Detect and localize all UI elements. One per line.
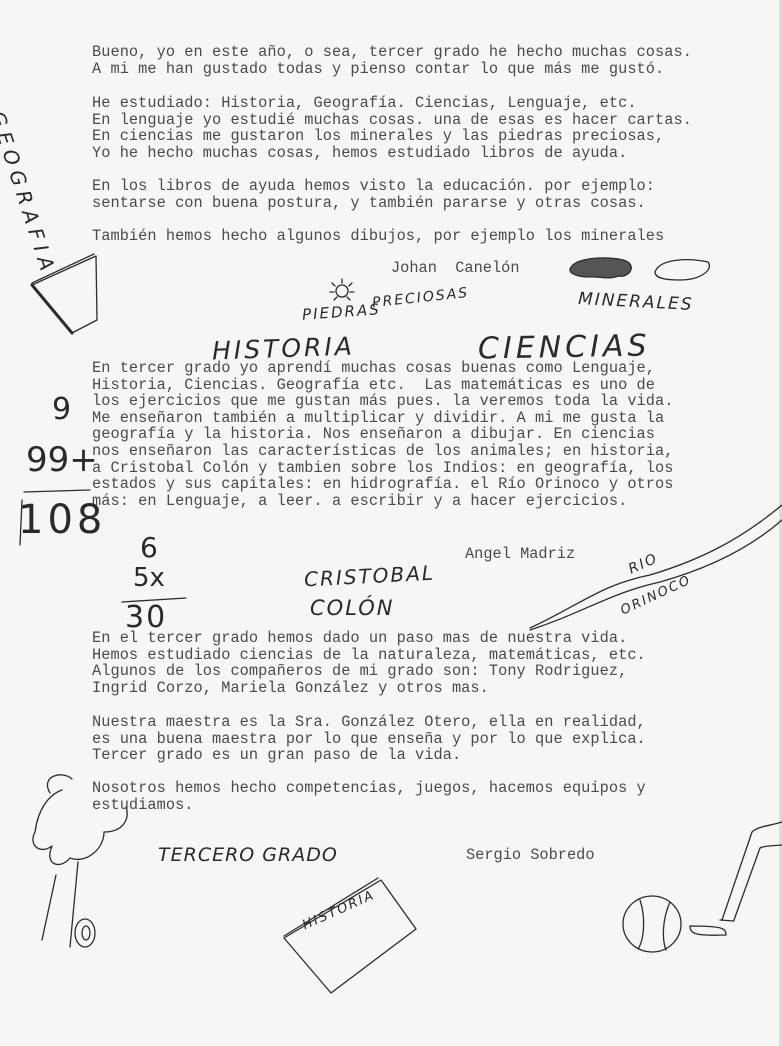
line: es una buena maestra por lo que enseña y… xyxy=(92,730,646,748)
handwritten-tercero-grado: TERCERO GRADO xyxy=(158,844,338,866)
line: geografía y la historia. Nos enseñaron a… xyxy=(92,425,655,443)
line: estudiamos. xyxy=(92,796,194,814)
signature-johan: Johan Canelón xyxy=(391,259,520,277)
line: Hemos estudiado ciencias de la naturalez… xyxy=(92,646,646,664)
line: Yo he hecho muchas cosas, hemos estudiad… xyxy=(92,144,627,162)
handwritten-orinoco: ORINOCO xyxy=(618,573,694,619)
paragraph-paso: En el tercer grado hemos dado un paso ma… xyxy=(92,630,646,696)
river-icon xyxy=(530,505,782,630)
handwritten-colon: COLÓN xyxy=(310,596,394,620)
ball-icon xyxy=(623,896,681,952)
gemstone-icon xyxy=(330,279,354,300)
line: También hemos hecho algunos dibujos, por… xyxy=(92,227,664,245)
paragraph-nosotros: Nosotros hemos hecho competencias, juego… xyxy=(92,780,646,813)
line: a Cristobal Colón y tambien sobre los In… xyxy=(92,459,673,477)
paragraph-aprendi: En tercer grado yo aprendí muchas cosas … xyxy=(92,360,673,509)
mult-top: 6 xyxy=(140,531,160,564)
line: En ciencias me gustaron los minerales y … xyxy=(92,127,664,145)
handwritten-rio: RIO xyxy=(626,550,661,577)
line: En los libros de ayuda hemos visto la ed… xyxy=(92,177,655,195)
sum-top: 9 xyxy=(52,392,73,427)
mineral-rock-icon xyxy=(570,258,631,278)
line: Algunos de los compañeros de mi grado so… xyxy=(92,662,627,680)
line: En lenguaje yo estudié muchas cosas. una… xyxy=(92,111,692,129)
line: Ingrid Corzo, Mariela González y otros m… xyxy=(92,679,489,697)
paragraph-maestra: Nuestra maestra es la Sra. González Oter… xyxy=(92,714,646,764)
line: los ejercicios que me gustan más pues. l… xyxy=(92,392,673,410)
sum-line xyxy=(24,490,90,492)
sum-middle: 99+ xyxy=(26,440,98,480)
mult-result: 30 xyxy=(125,600,167,635)
line: A mi me han gustado todas y pienso conta… xyxy=(92,60,664,78)
handwritten-piedras: PIEDRAS xyxy=(301,300,381,323)
signature-angel: Angel Madriz xyxy=(465,545,575,563)
handwritten-ciencias: CIENCIAS xyxy=(478,328,651,366)
handwritten-historia: HISTORIA xyxy=(212,332,356,366)
line: nos enseñaron las características de los… xyxy=(92,442,673,460)
history-book-icon xyxy=(284,878,416,993)
leg-kicking-icon xyxy=(690,822,782,935)
paragraph-dibujos: También hemos hecho algunos dibujos, por… xyxy=(92,228,664,245)
line: He estudiado: Historia, Geografía. Cienc… xyxy=(92,94,637,112)
line: más: en Lenguaje, a leer. a escribir y a… xyxy=(92,492,627,510)
handwritten-preciosas: PRECIOSAS xyxy=(371,285,469,311)
handwritten-cristobal: CRISTOBAL xyxy=(303,561,435,592)
line: En el tercer grado hemos dado un paso ma… xyxy=(92,629,627,647)
line: sentarse con buena postura, y también pa… xyxy=(92,194,646,212)
line: estados y sus capitales: en hidrografía.… xyxy=(92,475,673,493)
paragraph-libros: En los libros de ayuda hemos visto la ed… xyxy=(92,178,655,211)
paragraph-intro: Bueno, yo en este año, o sea, tercer gra… xyxy=(92,44,692,77)
handwritten-geografia: GEOGRAFIA xyxy=(0,108,61,279)
line: Me enseñaron también a multiplicar y div… xyxy=(92,409,664,427)
mineral-oval-icon xyxy=(655,260,709,280)
line: Nuestra maestra es la Sra. González Oter… xyxy=(92,713,646,731)
line: Nosotros hemos hecho competencias, juego… xyxy=(92,779,646,797)
handwritten-minerales: MINERALES xyxy=(578,289,694,315)
line: Tercer grado es un gran paso de la vida. xyxy=(92,746,461,764)
sum-result: 108 xyxy=(18,497,106,543)
book-label-historia: HISTORIA xyxy=(300,888,377,933)
signature-sergio: Sergio Sobredo xyxy=(466,846,595,864)
paragraph-subjects: He estudiado: Historia, Geografía. Cienc… xyxy=(92,95,692,161)
line: Bueno, yo en este año, o sea, tercer gra… xyxy=(92,43,692,61)
line: Historia, Ciencias. Geografía etc. Las m… xyxy=(92,376,655,394)
mult-middle: 5x xyxy=(133,563,165,593)
